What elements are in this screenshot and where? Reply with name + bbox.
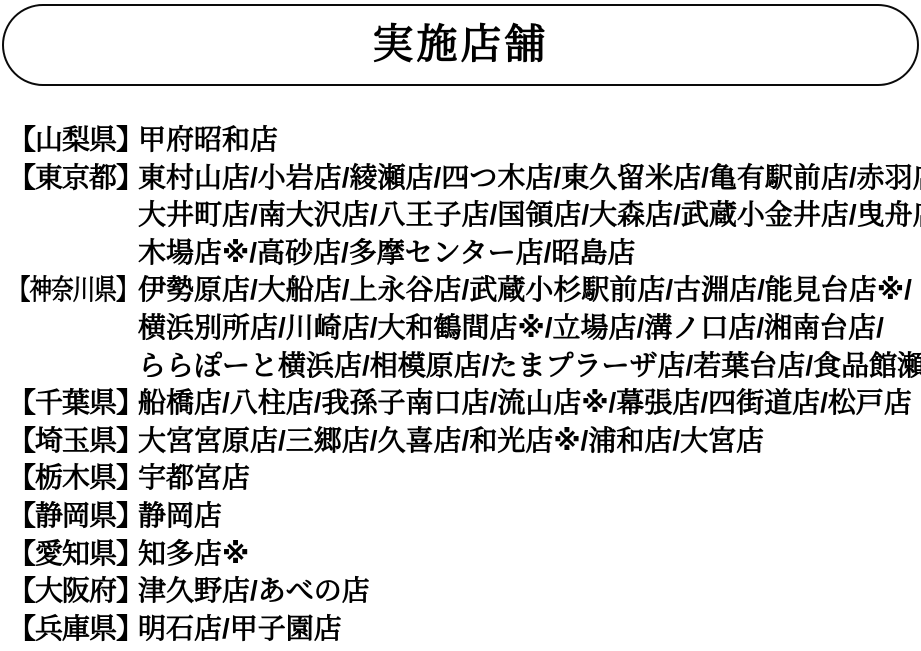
prefecture-label: 【兵庫県】: [8, 610, 138, 648]
prefecture-row-saitama: 【埼玉県】 大宮宮原店/三郷店/久喜店/和光店※/浦和店/大宮店: [8, 422, 921, 460]
prefecture-label: 【東京都】: [8, 159, 138, 197]
store-line: 伊勢原店/大船店/上永谷店/武蔵小杉駅前店/古淵店/能見台店※/: [138, 271, 921, 309]
prefecture-row-yamanashi: 【山梨県】 甲府昭和店: [8, 121, 921, 159]
store-line: 甲府昭和店: [138, 121, 921, 159]
store-line: 大井町店/南大沢店/八王子店/国領店/大森店/武蔵小金井店/曳舟店/: [138, 196, 921, 234]
prefecture-label: 【山梨県】: [8, 121, 138, 159]
prefecture-label-text: 【千葉県】: [8, 384, 143, 422]
prefecture-label-text: 【山梨県】: [8, 121, 143, 159]
prefecture-label: 【神奈川県】: [8, 271, 138, 309]
prefecture-row-tochigi: 【栃木県】 宇都宮店: [8, 459, 921, 497]
store-line: 津久野店/あべの店: [138, 572, 921, 610]
page-title: 実施店舗: [373, 24, 549, 65]
prefecture-label-text: 【愛知県】: [8, 535, 143, 573]
store-names: 津久野店/あべの店: [138, 572, 921, 610]
store-line: 静岡店: [138, 497, 921, 535]
prefecture-label-text: 【静岡県】: [8, 497, 143, 535]
prefecture-row-shizuoka: 【静岡県】 静岡店: [8, 497, 921, 535]
store-names: 船橋店/八柱店/我孫子南口店/流山店※/幕張店/四街道店/松戸店: [138, 384, 921, 422]
store-line: 木場店※/高砂店/多摩センター店/昭島店: [138, 234, 921, 272]
prefecture-label: 【栃木県】: [8, 459, 138, 497]
store-line: ららぽーと横浜店/相模原店/たまプラーザ店/若葉台店/食品館瀬谷店: [138, 347, 921, 385]
store-line: 大宮宮原店/三郷店/久喜店/和光店※/浦和店/大宮店: [138, 422, 921, 460]
store-line: 東村山店/小岩店/綾瀬店/四つ木店/東久留米店/亀有駅前店/赤羽店/: [138, 159, 921, 197]
store-names: 伊勢原店/大船店/上永谷店/武蔵小杉駅前店/古淵店/能見台店※/ 横浜別所店/川…: [138, 271, 921, 384]
store-names: 静岡店: [138, 497, 921, 535]
prefecture-label: 【静岡県】: [8, 497, 138, 535]
store-names: 東村山店/小岩店/綾瀬店/四つ木店/東久留米店/亀有駅前店/赤羽店/ 大井町店/…: [138, 159, 921, 272]
prefecture-label-text: 【神奈川県】: [8, 271, 138, 309]
prefecture-label: 【埼玉県】: [8, 422, 138, 460]
prefecture-label: 【大阪府】: [8, 572, 138, 610]
title-banner: 実施店舗: [2, 4, 919, 86]
store-line: 明石店/甲子園店: [138, 610, 921, 648]
store-names: 知多店※: [138, 535, 921, 573]
prefecture-row-chiba: 【千葉県】 船橋店/八柱店/我孫子南口店/流山店※/幕張店/四街道店/松戸店: [8, 384, 921, 422]
prefecture-row-kanagawa: 【神奈川県】 伊勢原店/大船店/上永谷店/武蔵小杉駅前店/古淵店/能見台店※/ …: [8, 271, 921, 384]
store-line: 宇都宮店: [138, 459, 921, 497]
prefecture-label: 【千葉県】: [8, 384, 138, 422]
prefecture-row-osaka: 【大阪府】 津久野店/あべの店: [8, 572, 921, 610]
prefecture-row-aichi: 【愛知県】 知多店※: [8, 535, 921, 573]
prefecture-label-text: 【東京都】: [8, 159, 143, 197]
store-line: 知多店※: [138, 535, 921, 573]
store-names: 大宮宮原店/三郷店/久喜店/和光店※/浦和店/大宮店: [138, 422, 921, 460]
store-names: 明石店/甲子園店: [138, 610, 921, 648]
store-list: 【山梨県】 甲府昭和店 【東京都】 東村山店/小岩店/綾瀬店/四つ木店/東久留米…: [0, 121, 921, 647]
store-names: 宇都宮店: [138, 459, 921, 497]
store-line: 横浜別所店/川崎店/大和鶴間店※/立場店/溝ノ口店/湘南台店/: [138, 309, 921, 347]
prefecture-label: 【愛知県】: [8, 535, 138, 573]
prefecture-label-text: 【栃木県】: [8, 459, 143, 497]
store-line: 船橋店/八柱店/我孫子南口店/流山店※/幕張店/四街道店/松戸店: [138, 384, 921, 422]
prefecture-label-text: 【大阪府】: [8, 572, 143, 610]
prefecture-label-text: 【埼玉県】: [8, 422, 143, 460]
store-names: 甲府昭和店: [138, 121, 921, 159]
prefecture-row-tokyo: 【東京都】 東村山店/小岩店/綾瀬店/四つ木店/東久留米店/亀有駅前店/赤羽店/…: [8, 159, 921, 272]
prefecture-row-hyogo: 【兵庫県】 明石店/甲子園店: [8, 610, 921, 648]
prefecture-label-text: 【兵庫県】: [8, 610, 143, 648]
